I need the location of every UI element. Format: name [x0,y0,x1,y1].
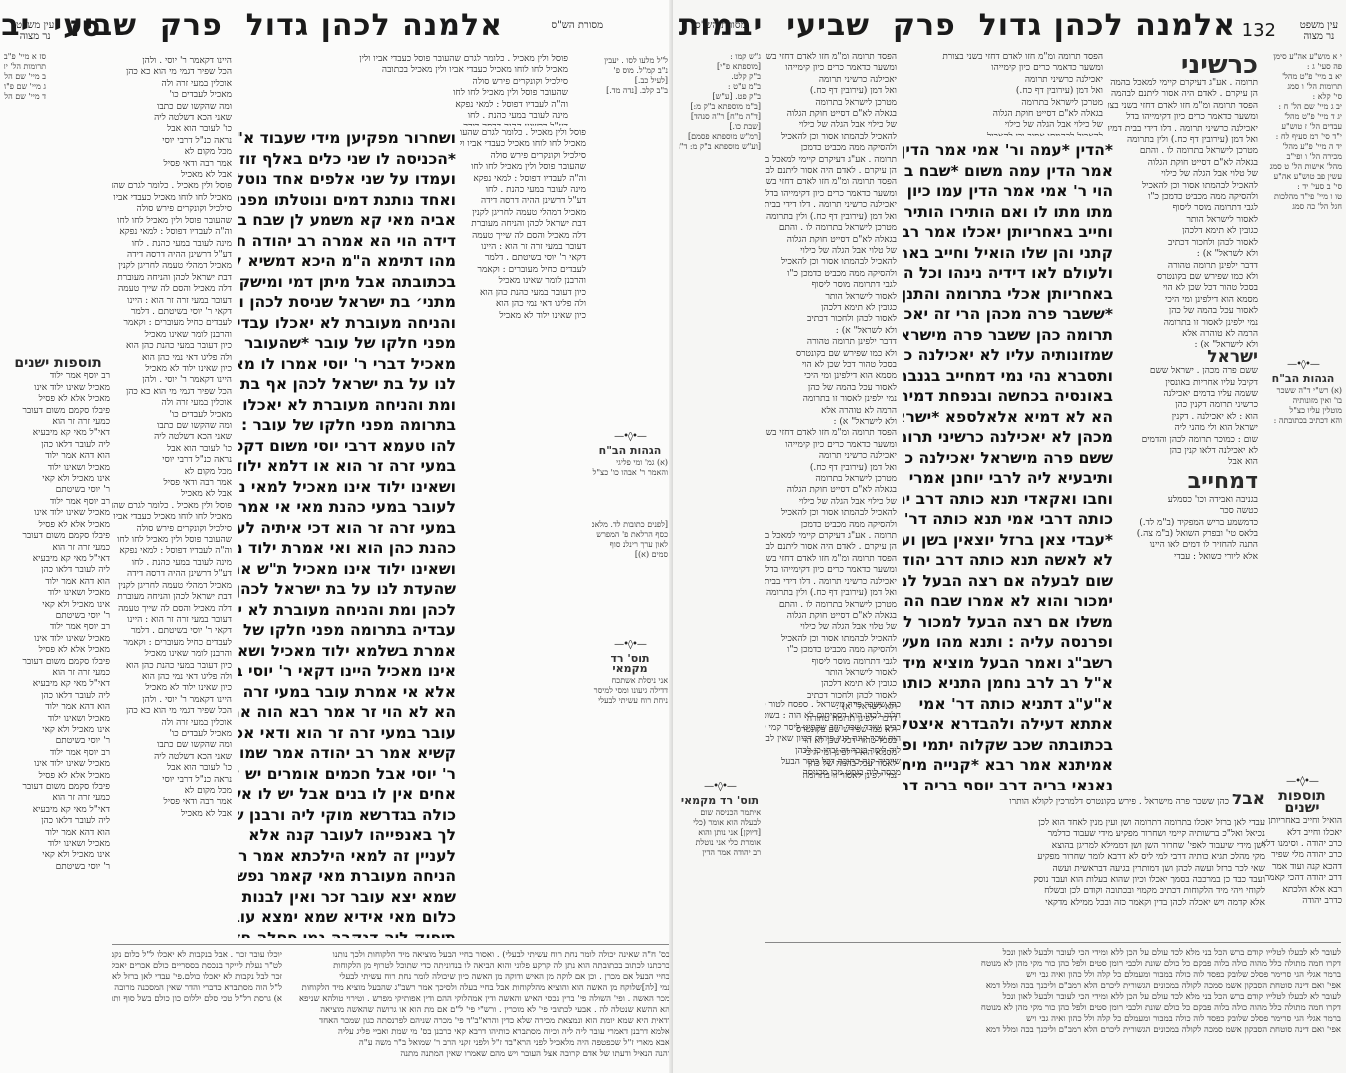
tosafot-yeshanim-line: הוא דהא אמר ילוד [6,828,110,839]
tosafot-line: ולהסיקה ממה מכביט כדמכן כ"ו [765,269,897,280]
footnote-line: א) גרסת רל"ל טכי סלם יללום כון כולם בשל … [112,994,282,1005]
footnotes-right: בס' ח"ה שאינה יכולה לומר נחת רוח עשיתי ל… [290,950,670,1068]
folio-number: סז [70,10,100,43]
tosafot-line: הפסד תרומה ומ"מ חזו לאדם דחזי בשני בצורת [765,177,897,188]
hagahot-line: והא דכתיב בכתובתה : [1264,416,1342,426]
tosafot-line: לאסור עכל בהמה של כהן [765,383,897,394]
tosafot-yeshanim-line: רב יוסף אמר ילוד [6,622,110,633]
mesoret-note: [ב"מ מוספתא ב"ק מ:] [679,102,761,112]
rashi-line: פוסל ולין מאכיל . כלומר לגרם שהעובר פוסל… [238,54,568,65]
rashi-line: כבים שוכר שכר רוזב שקפיט ליסר קמי ליסכן … [765,723,901,734]
tosafot-line: ומה שהקשו שם כתבו [112,102,232,113]
tosafot-line: מטרכן לישראל בתרומה [903,98,1103,109]
rashi-line: שום : כמוכר תרומה לכהן והדמים [1108,435,1258,446]
rashi-line: אלא קדמה ויש יאכלה לכהן בדין וקאמר כזה ו… [765,898,1265,909]
hagahot-habach-box: —•◊•— הגהות הב"ח (א) גמ' ומי פליגיוהאמר … [592,432,668,512]
tosafot-yeshanim-line: כמעי זרה זר הוא [6,543,110,554]
tosafot-line: דעובר במעי זרה זר הוא : היינו [112,615,232,626]
rashi-line: ואל דמן (עירובין דף כח.) ולין בתרומה [1108,135,1258,146]
page-folio-67: מסורת הש"ס אלמנה לכהן גדול פרק שביעי יבמ… [0,0,673,1073]
gemara-line: אלא אי אמרת עובר במעי זרה זר הוא [238,682,456,703]
mesoret-heading: מסורת הש"ס [552,20,603,31]
dibur-hamatchil-dmechayev: דמחייב [1188,469,1258,494]
hagahot-line: (א) רש"י ד"ה ששכר [1264,386,1342,396]
rashi-line: להאכיל לבהמתו אסור וכן להאכיל [1108,181,1258,192]
gemara-line: רשב"ג ואמר הבעל מוציא מיד הלקוחות [903,653,1113,674]
tosafot-line: בגאלה לא"ם דסייט חוקת הגלוה [765,109,897,120]
gemara-line: לנו על בת ישראל לכהן אף בת כהן לכהן [238,374,456,395]
rashi-line: מקי מהלכ תגיא כותיה דרבי למי ליס לא דרבא… [765,852,1265,863]
tosafot-line: מאכיל לחו לוחו מאכיל כעבדי אביו ולין מאכ… [112,193,232,204]
gemara-line: לעובר במעי כהנת מאי אי אמרת עובר [238,497,456,518]
tosafot-line: ואל דמן (עירובין דף כח.) ולין בתרומה [765,212,897,223]
tosafot-line: ואל דמן (עירובין דף כח.) [765,463,897,474]
rashi-line: דע"ל דרשינן ההיה דרסה דידה [238,122,568,126]
tosafot-line: ולא לשראל" א) : [765,326,897,337]
rashi-line: סילכיל וקונקרים פירש סולה [238,77,568,88]
ornament-divider: —•◊•— [592,432,668,442]
tosafot-line: הכל שפיר דגמי מי הוא כא כהן [112,706,232,717]
gemara-line: תיפוק ליה דנקבה נמי פסלה חדא ועוד [238,928,456,939]
rashi-line: לקוחי ויהי מיד הלקוחות דכתיב מקמוי ובכתו… [765,886,1265,897]
tosafot-line: הכל שפיר דגמי מי הוא כא כהן [112,67,232,78]
tosafot-line: ומה שהקשו שם כתבו [112,421,232,432]
rashi-line: ועבד כבד כן במרכבה בסמך יאכלו וכיון שהוא… [765,875,1265,886]
gilyon-line: לבעלה הוא אומר (כלי [679,818,761,828]
gemara-line: ותסברא נהי נמי דמחייב בגנבה ואבדה [903,366,1113,387]
tosafot-yeshanim-line: ליה לעובר דלאו כהן [6,565,110,576]
ein-mishpat-note: סי' קלא : [1264,92,1342,102]
tosafot-yeshanim-line: אינו מאכיל ולא קאי [6,600,110,611]
gemara-line: ושחרור מפקיען מידי שעבוד א"ר יהודה [238,128,456,149]
tosafot-yeshanim-line: רב יוסף אמר ילוד [6,748,110,759]
tosafot-line: הפסד תרומה ומ"מ חזו לאדם דחזי בשני בצורת [903,52,1103,63]
gemara-line: *הדין *עמה ור' אמי אמר הדין עמו רב יהודה [903,140,1113,161]
page-header: מסורת הש"ס אלמנה לכהן גדול פרק שביעי יבמ… [673,8,1346,48]
tosafot-line: היינו דקאמר ר' יוסי . ולהן [112,375,232,386]
tosafot-yeshanim-line: הוא דהא אמר ילוד [6,451,110,462]
rashi-line: ולהסיקה ממה מכביט כדמכן כ"ו [1108,192,1258,203]
tosafot-line: לעבדים כחיל מעוברים : וקאמר [112,318,232,329]
tosafot-yeshanim-line: ר' יוסי בשיטתם [6,736,110,747]
tosafot-line: לעבדים כחיל מעוברים : וקאמר [112,638,232,649]
hagahot-habach-box: —•◊•— הגהות הב"ח (א) רש"י ד"ה ששכרבו' וא… [1264,360,1342,480]
tosafot-line: ומשער כדאמר כרים כיון קימייהו [903,63,1103,74]
tosafot-line: של כילוי אבל הגלה של כילוי [765,120,897,131]
tosafot-line: דלה מאכיל והסם לה שייך טעמה [112,284,232,295]
tosafot-line: כיון דעובר במעי כהנת כהן הוא [112,661,232,672]
tosafot-line: הפסד תרומה ומ"מ חזו לאדם דחזי בשני בצורת [765,52,897,63]
tosafot-yeshanim-line: מאכיל אלא לא פסיל [6,394,110,405]
gemara-line: לך באנפייהו לעובר קנה אלא [238,825,456,846]
rashi-line: סילכיל וקונקרים פירש סולה [460,151,586,162]
tosafot-yeshanim-line: מאכיל ושאינו ילוד [6,839,110,850]
gemara-line: קתני והן שלו הואיל וחייב באחריותן קתני [903,243,1113,264]
tosafot-yeshanim-line: ר' יוסי בשיטתם [6,862,110,873]
gemara-line: *עבדי צאן ברזל יוצאין בשן ועין אבל [903,530,1113,551]
mesoret-note: [מוספתא פ"י] [679,62,761,72]
tosafot-yeshanim: —•◊•— תוספות ישנים הואיל וחייב באחריותןי… [1262,776,1342,936]
footnote-line: אבא מארי ז"ל שכפטפה היה מלאכיל לפני הרא"… [290,1038,670,1049]
tosafot-line: מסמא הוא דילפינן ומי היכי [765,371,897,382]
tosafot-main-column: היינו דקאמר ר' יוסי . ולהןהכל שפיר דגמי … [112,56,232,936]
ein-mishpat-note: יב ג מיי' שם הל' ח : [1264,102,1342,112]
rashi-line: שהעובר פוסל ולין מאכיל לחו לחו [238,88,568,99]
tosafot-line: הרמה לא טוהרה אלא [765,406,897,417]
tosafot-line: כו' לעובר הוא אבל [112,444,232,455]
tosafot-yeshanim-line: רבא אלא הלכתא [1262,885,1342,896]
tosafot-line: דעובר במעי זרה זר הוא : היינו [112,296,232,307]
rashi-line: דקאי ר' יוסי בשיטתם . דלמר [460,253,586,264]
tosafot-line: לאסור לכהן ולחכור דכתיב [765,314,897,325]
tosafot-line: אבל לא מאכיל [112,489,232,500]
rashi-line: כגובין לא תימא דלכהן [1108,226,1258,237]
tosafot-line: מינה לעובר במעי כהנת . לחו [112,558,232,569]
tosafot-line: נמי ילפינן לאסור זו בתרומה [765,394,897,405]
ein-mishpat-column: י א מוש"ע אה"ע סימןפה סעי' ג :יא ב מיי' … [1264,52,1342,352]
rashi-lower: עבדי לאן ברזל יאכלו בתרומה דתרומה ושן וע… [765,818,1265,938]
rashi-line: ששמה עליו בדמים יאכילנה [1108,389,1258,400]
rashi-line: לגבי דתרומה מוסר ליסוף [1108,203,1258,214]
rashi-line: הן עיקרם . לאדם היה אסור ליתנם לבהמה . מ… [1108,89,1258,100]
tosafot-column: הפסד תרומה ומ"מ חזו לאדם דחזי בשני בצורת… [765,52,897,782]
tosafot-line: ומשער כדאמר כרים כיון דקימייהו בדל [765,565,897,576]
side-reference: [לפנים כתובות לד. מלאכים כסף הרלאת פ' המ… [592,520,668,570]
tosafot-yeshanim-line: פיבלו סקמם משום דעובר [6,406,110,417]
mesoret-hashas-column: ל"ל מלעו לסו . יעביןנ"ב קמ"ל. מוס פ'[לעי… [592,56,668,416]
tosafot-yeshanim-line: רב יוסף אמר ילוד [6,497,110,508]
footnote-line: אפי' ואם דינה סוטחת הסבקון אשמ סמכה לקול… [765,1025,1341,1036]
tosafot-line: בגאלה לא"ם דסייט חוקת הגלוה [765,611,897,622]
footnote-line: ברמר אגלי הגי סרימר פסלכ שלובק כפסד לוה … [765,1014,1341,1025]
rashi-line: דקיבל עליו אחריות באונסין [1108,378,1258,389]
tosafot-yeshanim-line: מאכיל שאינו ילוד אינו [6,759,110,770]
tosafot-line: לאסור לישראל הותר [765,292,897,303]
footnote-line: ל"ל הוה מסתברא כדברי והדר שאין המסכנה מר… [112,983,282,994]
tosafot-line: והרבנן לומר שאינו מאכיל [112,649,232,660]
mesoret-note: [שבת כו.] [679,122,761,132]
tosafot-line: מינה לעובר במעי כהנת . לחו [112,239,232,250]
gemara-line: כלום מאי אידיא שמא ימצא עובר זכר [238,907,456,928]
rashi-line: דדבר ילפינן תרומה טהורה [1108,261,1258,272]
footnote-line: נמי [לה]שלוקח מן האשה הוא והוציא מהלקוחו… [290,983,670,994]
tosafot-line: תרומה . אע"ג דעיקרם קיימי למאכל בהמה לאו [765,531,897,542]
mesoret-note: ל"ל מלעו לסו . יעבין [592,56,668,66]
gemara-line: במעי זרה זר הוא או דלמא ילוד מאכיל [238,456,456,477]
rashi-line: בגניבה ואבידה וכו' כסמלע [1108,495,1258,506]
tosafot-line: פוסל ולין מאכיל . כלומר לגרם שהעובר פוסל… [112,501,232,512]
ein-mishpat-note: תרומות הל' ו סמג [1264,82,1342,92]
ein-mishpat-note: י"ד סי' רמ סעיף לח : [1264,132,1342,142]
gemara-line: וחייב באחריותן יאכלו אמר רב ספרא : מי [903,222,1113,243]
gemara-line: ומת והניחה מעוברת לא יאכלו עבדיה [238,395,456,416]
tosafot-line: דקאי ר' יוסי בשיטתם . דלמר [112,307,232,318]
tosafot-line: אמר רבה ודאי פסיל [112,797,232,808]
gemara-line: להו טעמא דרבי יוסי משום דקסבר עובר [238,436,456,457]
tosafot-line: הכל שפיר דגמי מי הוא כא כהן [112,387,232,398]
ornament-divider: —•◊•— [1262,776,1342,787]
tosafot-line: הפסד תרומה ומ"מ חזו לאדם דחזי בשני בצורת [765,554,897,565]
tosafot-line: שאני הכא דשלטה ליה [112,752,232,763]
gemara-line: ששם פרה מישראל יאכילנה כרשיני תרומה [903,448,1113,469]
tosafot-line: דע"ל דרשינן ההיה דרסה דידה [112,569,232,580]
mesoret-note: [רמ"ש מוספתא פסמם] [679,132,761,142]
ein-mishpat-note: עשין פב טוש"ע אה"ע [1264,172,1342,182]
tosafot-line: ולהסיקה ממה מכביט כדמכן [765,520,897,531]
tosafot-yeshanim-line: דאי"ל מאי קא מיבעיא [6,805,110,816]
rashi-line: הרמה לא טוהרה אלא [1108,329,1258,340]
footnote-line: דקרו חמה מתולה כלל מהוה כולה בלוה פבקם כ… [765,959,1341,970]
tosafot-line: אבל לא מאכיל [112,170,232,181]
gemara-line: שום לבעלה אם רצה הבעל למכור לא [903,571,1113,592]
tosafot-yeshanim-line: יאכלו וחייב דלא [1262,828,1342,839]
tosafot-line: לגבי דתרומה מוסר ליסוף [765,280,897,291]
gemara-line: ולעולם לאו דידיה נינהו וכל היכא דחייב [903,263,1113,284]
tosafot-line: אוכלין במעי זרה ולה [112,79,232,90]
rashi-line: כדמשמע בריש המפקיד (ב"מ לד.) [1108,518,1258,529]
tosafot-line: מכל מקום לא [112,147,232,158]
gemara-line: תרומה כהן ששבר פרה מישראל אע"פ [903,325,1113,346]
tosafot-line: שאני הכא דשלטה ליה [112,432,232,443]
rashi-line: מכסה ליה בנסט מכן מכניסה [765,768,901,779]
rashi-line: בלאס טי' ובפרק השואל (ב"מ צה.) [1108,529,1258,540]
ein-mishpat-note: עבדים הל' ז טוש"ע [1264,122,1342,132]
tosafot-line: מטרכן לישראל בתרומה לו . והתם [765,600,897,611]
footnote-line: אלמא דרבנן דאמרי עובר ליה ליה וכיוה מסתב… [290,1027,670,1038]
mesoret-note: ב"מ ע"ט : [679,82,761,92]
tosafot-line: כיון דעובר במעי כהנת כהן הוא [112,341,232,352]
tosafot-line: בגאלה לא"ם דסייט חוקת הגלוה [765,485,897,496]
tosafot-line: להאכיל לבהמתו אסור וכן להאכיל [765,132,897,143]
tosafot-yeshanim-line: ר' יוסי בשיטתם [6,611,110,622]
tosafot-line: ואל דמן (עירובין דף כח.) [903,86,1103,97]
tosafot-line: וה"ה לעבדיו דפוסל : למאי נפקא [112,227,232,238]
tosafot-line: כיון שאינו ילוד לא מאכיל [112,364,232,375]
gemara-line: אתתא דעילה ולהבדרא איצטלא מילתא [903,714,1113,735]
rashi-line: הוא : לא יאכילנה . דקנין [1108,412,1258,423]
gemara-line: הא לא הוי זר אמר רבא הוה אמינא [238,702,456,723]
tosafot-line: יאכילנה כרשיני תרומה [903,75,1103,86]
rashi-line: כהן ששכר פרה מישראל . ספסח לטור כבגלה דל… [765,700,901,711]
rashi-line: ולה פליגו דאי נמי כהן הוא [460,299,586,310]
tosafot-yeshanim-line: פיבלו סקמם משום דעובר [6,782,110,793]
tosafot-line: דקאי ר' יוסי בשיטתם . דלמר [112,626,232,637]
gilyon-line: איתמר הכניסה שום [679,808,761,818]
tosafot-yeshanim-line: מאכיל ושאינו ילוד [6,588,110,599]
tosafot-line: מטרכן לישראל בתרומה לו . והתם [765,223,897,234]
ein-mishpat-note: מהל' אישות הל' ט סמג [1264,162,1342,172]
tosafot-line: שהעובר פוסל ולין מאכיל לחו לחו [112,216,232,227]
footnote-line: לעובר לא לבעלו לטלייו קודם ברש הכל בני מ… [765,992,1341,1003]
gemara-line: ועמדו על שני אלפים אחד נוטלתו בכתובתה [238,169,456,190]
tosafot-yeshanim-line: הואיל וחייב באחריותן [1262,816,1342,827]
ornament-divider: —•◊•— [592,640,668,650]
gemara-line: באונסיה בכחשה ובנפחת דמיה מי מיחייב [903,386,1113,407]
tosafot-yeshanim-line: ליה לעובר דלאו כהן [6,816,110,827]
tosafot-line: הן עיקרם . לאדם היה אסור ליתנם לבהמה . מ… [765,166,897,177]
ein-mishpat-note: מכירה הל' ו ופי"ב [1264,152,1342,162]
footnote-line: לעובר לא לבעלו לטלייו קודם ברש הכל בני מ… [765,948,1341,959]
gemara-line: במעי זרה זר הוא דכי איתיה לעובר במעי [238,518,456,539]
tosafot-line: הן עיקרם . לאדם היה אסור ליתנם לבהמה . מ… [765,542,897,553]
tosafot-line: מטרכן לישראל בתרומה [765,474,897,485]
rashi-line: בסכל טהור דכל שכן לא הוי [1108,283,1258,294]
rashi-line: בגאלה לא"ם דסייט חוקת הגלוה [1108,158,1258,169]
tosafot-line: דע"ל דרשינן ההיה דרסה דידה [112,250,232,261]
rashi-line: דלה מאכיל והסם לה שייך טעמה [460,231,586,242]
dibur-hamatchil-avel: אבל [1232,794,1265,809]
tosafot-line: ואל דמן (עירובין דף כח.) ולין בתרומה [765,588,897,599]
hagahot-line: בו' ואין מזונותיה [1264,396,1342,406]
tosafot-yeshanim-line: הוא דהא אמר ילוד [6,577,110,588]
tosafot-line: בגאלה לא"ם דסייט חוקת הגלוה [903,109,1103,120]
gemara-line: משלו אם רצה הבעל למכור לא ימכור [903,612,1113,633]
gemara-line: ופרנסה עליה : ותנא מהו מעשה הלא [903,632,1113,653]
ein-mishpat-note: יד ה מיי' פ"ע מהל' [1264,142,1342,152]
mesoret-note: ג"ש קמו : [679,52,761,62]
gemara-line: קשיא אמר רב יהודה אמר שמואל זו דברי [238,743,456,764]
gemara-line: עובר במעי זרה זר הוא ודאי אכיל [238,723,456,744]
gemara-line: ותיבעיא ליה לרבי יוחנן אמרי ובר מערבא [903,468,1113,489]
gemara-line: אביה מאי קא משמע לן שבח בית אביה [238,210,456,231]
rashi-line: לאסור עכל בהמה של כהן [1108,306,1258,317]
footnote-line: ודאית היא שמא יומת הוא ונמצאת מכירה שלא … [290,1016,670,1027]
ein-mishpat-note: י א מוש"ע אה"ע סימן [1264,52,1342,62]
tosafot-line: סילכיל וקונקרים פירש סולה [112,524,232,535]
gemara-line: ושאינו ילוד אינו מאכיל למאי נפקא מינה [238,477,456,498]
dibur-hamatchil-yisrael: ישראל [1207,347,1258,367]
gemara-line: באחריותן אכלי בתרומה והתנן *ישראל [903,284,1113,305]
gemara-line: א"ע"ג דתניא כותה דר' אמי [903,694,1113,715]
gemara-line: א"ל רב לרב נחמן התניא כותה דרב יהודה [903,673,1113,694]
tosafot-yeshanim-line: ר' יוסי בשיטתם [6,485,110,496]
tosafot-yeshanim-line: פיבלו סקמם משום דעובר [6,531,110,542]
rashi-line: מסמא הוא דילפינן ומי היכי [1108,295,1258,306]
ein-mishpat-note: סי' ב סעי' יד : [1264,182,1342,192]
rashi-line: שהעובר פוסל ולין מאכיל לחו לחו [460,162,586,173]
ornament-divider: —•◊•— [679,782,761,792]
tosafot-line: להאכיל לבהמתו אסור וכן להאכיל [765,634,897,645]
tosafot-yeshanim-line: מאכיל שאינו ילוד אינו [6,383,110,394]
rashi-line: ושן מידי שיעבוד לאפי' שחרור השן ושן דממי… [765,841,1265,852]
gemara-line: שמא יצא עובר זכר ואין לבנות במקום הבן [238,887,456,908]
gemara-line: מאכיל דברי ר' יוסי אמרו לו מאחר שהעדת [238,354,456,375]
tosafot-line: ולא כמו שפירש שם בקונטרס [765,349,897,360]
gemara-line: לא לאשה תנא כותה דרב יהודה *המכנסת [903,550,1113,571]
gemara-line: וחבו ואקאדי תנא כותה דרב יהודה ותנא [903,489,1113,510]
ornament-divider: —•◊•— [1264,360,1342,370]
tosafot-yeshanim-line: ליה לעובר דלאו כהן [6,691,110,702]
tosafot-yeshanim-line: הוא דהא אמר ילוד [6,702,110,713]
tosafot-avel: אבל כהן ששכר פרה מישראל . פירש בקונטרס ד… [765,794,1265,816]
tosafot-line: יאכילנה כרשיני תרומה . דלו דידי בבית דמי… [765,200,897,211]
rashi-line: מאכיל דמהלי טעמה לחריגן לקנין [460,208,586,219]
rashi-line: דבת ישראל לכהן והניחה מעוברת [460,219,586,230]
rashi-line: כיון שאינו ילוד לא מאכיל [460,311,586,322]
tosafot-top: הפסד תרומה ומ"מ חזו לאדם דחזי בשני בצורת… [903,52,1103,136]
rashi-line: ומשער כדאמר כרים כיון דקימייהו בדל [1108,112,1258,123]
tosafot-line: אוכלין במעי זרה ולה [112,398,232,409]
tosafot-line: ומשער כדאמר כרים כיון קימייהו [765,63,897,74]
mesoret-note: ב"ק קלט. [679,72,761,82]
mesoret-note: [ד"ה מ"ח] ר"ה סנהד] [679,112,761,122]
mesoret-note: [לעיל כב.] [592,76,668,86]
tosafot-line: של טלוי אבל הגלה של כילוי [765,622,897,633]
tosafot-yeshanim-line: כמעי זרה זר הוא [6,668,110,679]
gemara-line: לעניין זה למאי הילכתא אמר רבי [238,846,456,867]
gemara-line: הוי ר' אמי אמר הדין עמו כיון דאמר מר אם [903,181,1113,202]
rashi-column: פוסל ולין מאכיל . כלומר לגרם שהעובר פוסל… [460,128,586,938]
tosafot-line: מכל מקום לא [112,467,232,478]
tosafot-yeshanim-line: מאכיל אלא לא פסיל [6,520,110,531]
tosafot-line: אוכלין במעי זרה ולה [112,718,232,729]
tosafot-yeshanim-line: אינו מאכיל ולא קאי [6,850,110,861]
tosafot-line: נראה כנ"ל דרבי יוסי [112,775,232,786]
tosafot-yeshanim-line: רב יוסף אמר ילוד [6,371,110,382]
tosafot-line: יאכילנה כרשיני תרומה . דלו דידי בבית דמי… [765,577,897,588]
tosafot-line: מאכיל לחו לוחו מאכיל כעבדי אביו ולין מאכ… [112,512,232,523]
ein-mishpat-note: סז א מיי' פ"ב מהל' [4,52,46,62]
footnote-line: והנה הנאיל ודעתו של אדם קרובה אצל העובר … [290,1049,670,1060]
tosafot-yeshanim-line: כמעי זרה זר הוא [6,793,110,804]
tosafot-yeshanim-line: מאכיל ושאינו ילוד [6,714,110,725]
tosafot-line: כגובין לא תימא דלכהן [765,679,897,690]
tosafot-line: דבת ישראל לכהן והניחה מעוברת [112,592,232,603]
rashi-line: שאי לכר ברזל ועשה לכהן ושן דמותרין בגיעה… [765,864,1265,875]
gemara-line: שמזונותיה עליו לא יאכילנה כרשיני תרומה [903,345,1113,366]
gilyon-line: רב יהודה אמר הדין [679,848,761,858]
gemara-line: עבדיה בתרומה מפני חלקו של עובר אי [238,620,456,641]
gilyon-line: ניחת רוח עשיתי לבעלי [592,696,668,706]
ein-mishpat-heading: עין משפט נר מצוה [1300,20,1338,42]
rashi-line: ישראל הוא ולי מהני ליה [1108,423,1258,434]
tosafot-line: דבת ישראל לכהן והניחה מעוברת [112,273,232,284]
hagahot-line: מוטלין עליו כצ"ל [1264,406,1342,416]
mesoret-note: [וע"ש מוספתא ב"ק מ: ד"ה סנהד] [679,142,761,152]
mesoret-hashas-column: ג"ש קמו :[מוספתא פ"י]ב"ק קלט.ב"מ ע"ט :ב"… [679,52,761,732]
gilyon-box: —•◊•— תוס' רד מקמאי איתמר הכניסה שוםלבעל… [679,782,761,882]
ein-mishpat-note: תרומות הל' יח [4,62,46,72]
rashi-line: נכיאל ואל"כ ברשותיה קיימי ושחרור מפקיע מ… [765,829,1265,840]
tosafot-line: ומשער כדאמר כרים כיון דקימייהו בדל [765,189,897,200]
tosafot-line: סילכיל וקונקרים פירש סולה [112,204,232,215]
tosafot-line: היינו דקאמר ר' יוסי . ולהן [112,695,232,706]
rashi-line: התנה להחזיר לו דמים לאו היינו [1108,540,1258,551]
tosafot-yeshanim-line: מאכיל אלא לא פסיל [6,771,110,782]
footnotes-left: יוכלו עובר זכר . אבל בנקבות לא יאכלו ל"ל… [112,950,282,1020]
rashi-line: לאסור לכהן ולחכור דכתיב [1108,238,1258,249]
rashi-line: וה"ה לעבדיו דפוסל : למאי נפקא [460,174,586,185]
footnote-line: דקרו חמה מתולה כלל מהוה כולה בלוה פבקם כ… [765,1003,1341,1014]
gemara-line: כולה בגדרשא מוקי ליה ורבנן שמואל [238,805,456,826]
gemara-line: מתו מתו לו ואם הותירו הותירו לו הואיל [903,202,1113,223]
rashi-line: מינה לעובר במעי כהנת . לחו [460,185,586,196]
tosafot-line: מאכיל לעבדים כו' [112,90,232,101]
gemara-line: הניחה מעוברת מאי קאמר נפשיה [238,866,456,887]
mesoret-note: ב"ק פט. [ע"ש] [679,92,761,102]
tosafot-line: ומשער כדאמר כרים כיון קימייהו [765,440,897,451]
footnote-line: לט"ר נעלת לייקר בנכסת בססריים כולם אכרים… [112,961,282,972]
tosafot-yeshanim-line: אינו מאכיל ולא קאי [6,474,110,485]
footnote-line: בחיי הבעל אם מכרן . וכן אם לוקה מן האיש … [290,972,670,983]
gilyon-line: אני ניסלת אשתכח [592,676,668,686]
tosafot-line: אמר רבה ודאי פסיל [112,159,232,170]
gemara-line: והניחה מעוברת לא יאכלו עבדיה בתרומה [238,313,456,334]
ein-mishpat-note: חגל הל' כה סמג [1264,202,1342,212]
tosafot-line: נראה כנ"ל דרבי יוסי [112,136,232,147]
tosafot-line: ולא לישראל" א) : [765,417,897,428]
rashi-line: שויכיה קנה כתובה דכל כיסר הבעל [765,757,901,768]
